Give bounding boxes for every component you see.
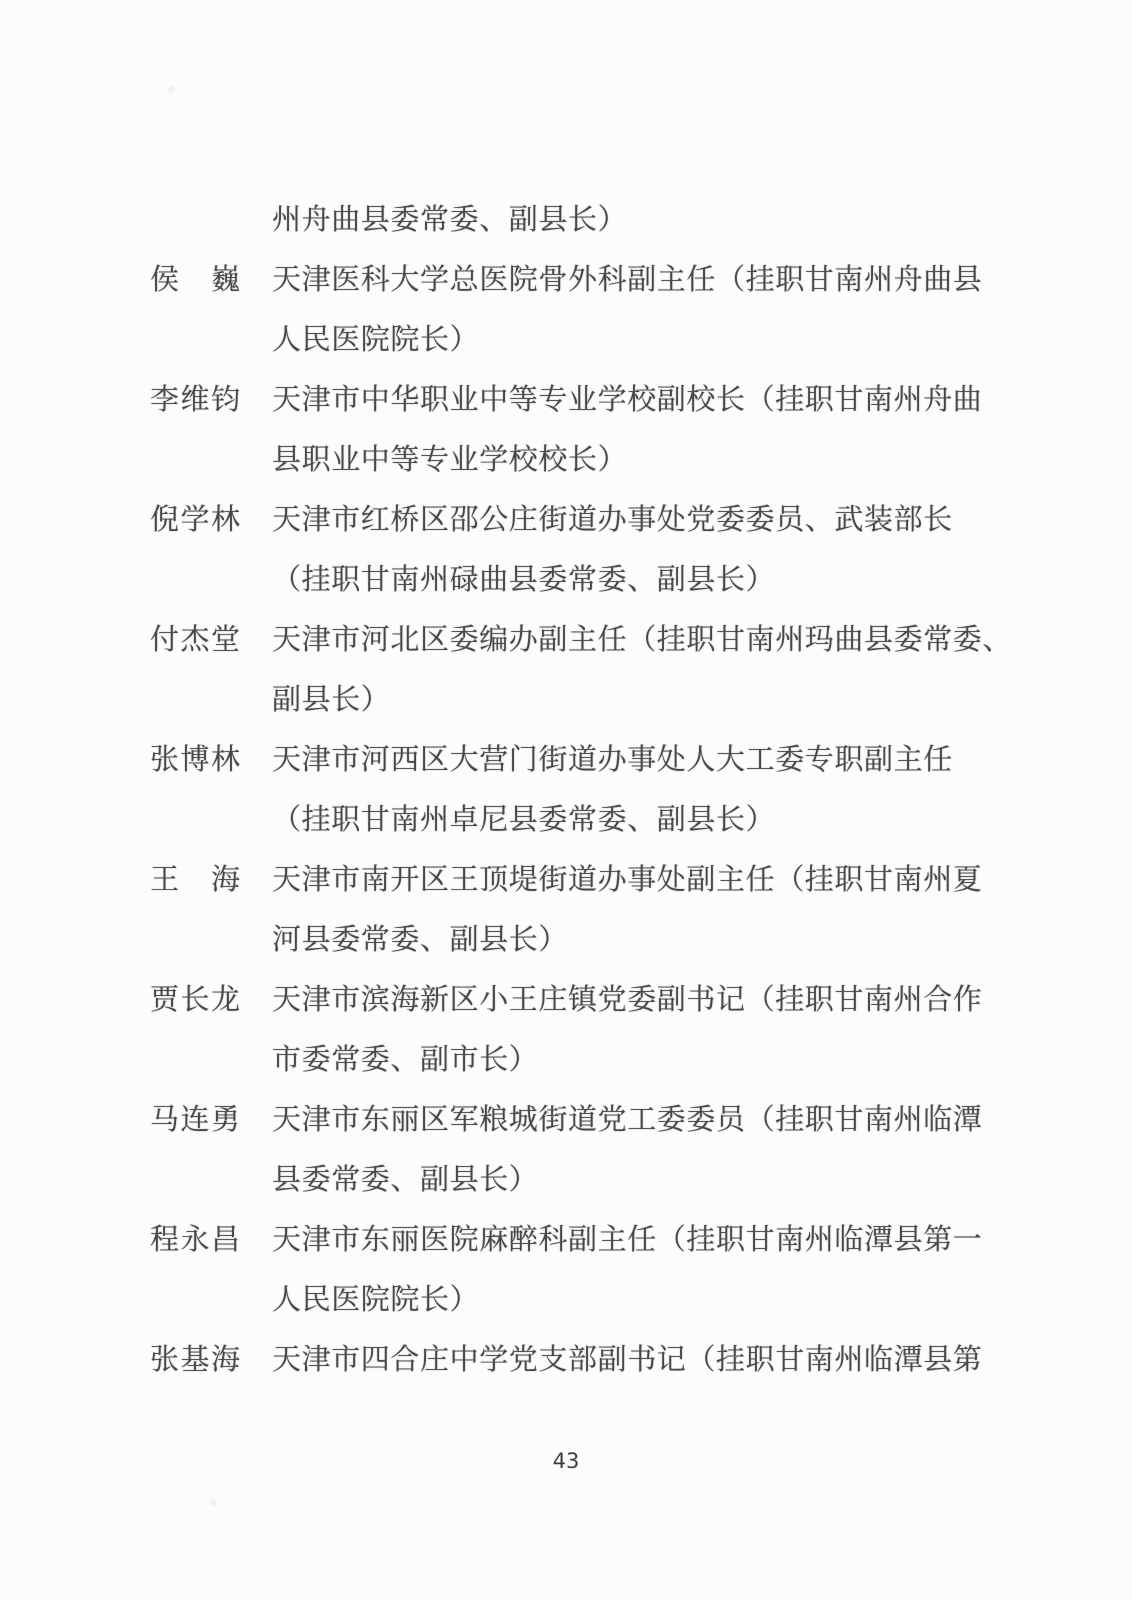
entry-name-char: 李 [150,370,179,430]
entry-position-text: 天津市红桥区邵公庄街道办事处党委委员、武装部长 [272,490,953,550]
entry-name-char: 永 [180,1210,209,1270]
entry-name: 贾长龙 [150,970,240,1030]
entry-name: 侯巍 [150,250,240,310]
entry-name-char: 程 [150,1210,179,1270]
entry-position-text: 人民医院院长） [272,1270,479,1330]
entry-line: 倪学林天津市红桥区邵公庄街道办事处党委委员、武装部长 [150,490,990,550]
entry-name-spacer [150,310,240,370]
entry-name-char: 连 [180,1090,209,1150]
entry-name-spacer [150,1150,240,1210]
entry-name-char: 巍 [211,250,240,310]
entry-line: 李维钧天津市中华职业中等专业学校副校长（挂职甘南州舟曲 [150,370,990,430]
entry-name: 马连勇 [150,1090,240,1150]
entry-position-text: 天津市中华职业中等专业学校副校长（挂职甘南州舟曲 [272,370,982,430]
entry-line: 张博林天津市河西区大营门街道办事处人大工委专职副主任 [150,730,990,790]
entry-name-spacer [150,1270,240,1330]
scan-speck [168,86,175,93]
entry-name: 张基海 [150,1330,240,1390]
entry-name-spacer [150,790,240,850]
entry-name-spacer [150,1030,240,1090]
entry-name-char: 龙 [211,970,240,1030]
entry-position-text: 天津医科大学总医院骨外科副主任（挂职甘南州舟曲县 [272,250,982,310]
entry-line: 付杰堂天津市河北区委编办副主任（挂职甘南州玛曲县委常委、 [150,610,990,670]
entry-line: 县职业中等专业学校校长） [150,430,990,490]
entry-name-char: 倪 [150,490,179,550]
entry-name-spacer [150,550,240,610]
entry-line: 县委常委、副县长） [150,1150,990,1210]
scan-speck [210,1499,217,1506]
entry-line: 市委常委、副市长） [150,1030,990,1090]
entry-line: 侯巍天津医科大学总医院骨外科副主任（挂职甘南州舟曲县 [150,250,990,310]
entry-name-char: 林 [211,730,240,790]
entry-line: 张基海天津市四合庄中学党支部副书记（挂职甘南州临潭县第 [150,1330,990,1390]
entry-line: 人民医院院长） [150,1270,990,1330]
entry-position-text: 市委常委、副市长） [272,1030,538,1090]
entry-name-char: 王 [150,850,179,910]
entry-line: （挂职甘南州碌曲县委常委、副县长） [150,550,990,610]
entry-line: 贾长龙天津市滨海新区小王庄镇党委副书记（挂职甘南州合作 [150,970,990,1030]
entry-position-text: 河县委常委、副县长） [272,910,568,970]
entry-line: 人民医院院长） [150,310,990,370]
entry-name-char: 学 [180,490,209,550]
entry-name-char: 海 [211,1330,240,1390]
entry-name-char: 长 [180,970,209,1030]
page-number: 43 [0,1446,1132,1476]
entry-name-char: 钧 [211,370,240,430]
entry-name: 倪学林 [150,490,240,550]
entry-list: 州舟曲县委常委、副县长）侯巍天津医科大学总医院骨外科副主任（挂职甘南州舟曲县人民… [150,190,990,1390]
entry-position-text: 天津市东丽区军粮城街道党工委委员（挂职甘南州临潭 [272,1090,982,1150]
entry-line: 州舟曲县委常委、副县长） [150,190,990,250]
entry-name-char: 侯 [150,250,179,310]
entry-name-spacer [150,430,240,490]
entry-position-text: 天津市四合庄中学党支部副书记（挂职甘南州临潭县第 [272,1330,982,1390]
entry-name-char: 博 [180,730,209,790]
entry-name-char: 昌 [211,1210,240,1270]
entry-position-text: 县委常委、副县长） [272,1150,538,1210]
entry-name-spacer [150,910,240,970]
entry-name: 王海 [150,850,240,910]
entry-name-char: 张 [150,730,179,790]
entry-name-char: 张 [150,1330,179,1390]
entry-position-text: 县职业中等专业学校校长） [272,430,627,490]
entry-name-char: 贾 [150,970,179,1030]
entry-position-text: 天津市东丽医院麻醉科副主任（挂职甘南州临潭县第一 [272,1210,982,1270]
entry-name: 程永昌 [150,1210,240,1270]
entry-name: 张博林 [150,730,240,790]
entry-name: 李维钧 [150,370,240,430]
entry-position-text: （挂职甘南州卓尼县委常委、副县长） [272,790,775,850]
entry-name-char: 基 [180,1330,209,1390]
entry-name-char: 付 [150,610,179,670]
document-page: 州舟曲县委常委、副县长）侯巍天津医科大学总医院骨外科副主任（挂职甘南州舟曲县人民… [0,0,1132,1600]
entry-line: （挂职甘南州卓尼县委常委、副县长） [150,790,990,850]
entry-line: 副县长） [150,670,990,730]
entry-name-char: 维 [180,370,209,430]
entry-name: 付杰堂 [150,610,240,670]
entry-name-char: 林 [211,490,240,550]
entry-line: 马连勇天津市东丽区军粮城街道党工委委员（挂职甘南州临潭 [150,1090,990,1150]
entry-name-char: 杰 [180,610,209,670]
entry-position-text: 天津市滨海新区小王庄镇党委副书记（挂职甘南州合作 [272,970,982,1030]
entry-position-text: 州舟曲县委常委、副县长） [272,190,627,250]
entry-name-char: 堂 [211,610,240,670]
entry-name-char: 勇 [211,1090,240,1150]
entry-name-char: 海 [211,850,240,910]
entry-position-text: 人民医院院长） [272,310,479,370]
entry-position-text: 天津市河西区大营门街道办事处人大工委专职副主任 [272,730,953,790]
entry-position-text: 天津市南开区王顶堤街道办事处副主任（挂职甘南州夏 [272,850,982,910]
entry-name-char: 马 [150,1090,179,1150]
entry-line: 程永昌天津市东丽医院麻醉科副主任（挂职甘南州临潭县第一 [150,1210,990,1270]
entry-position-text: 副县长） [272,670,390,730]
entry-position-text: 天津市河北区委编办副主任（挂职甘南州玛曲县委常委、 [272,610,1012,670]
entry-position-text: （挂职甘南州碌曲县委常委、副县长） [272,550,775,610]
entry-name-spacer [150,190,240,250]
entry-line: 王海天津市南开区王顶堤街道办事处副主任（挂职甘南州夏 [150,850,990,910]
entry-name-spacer [150,670,240,730]
entry-line: 河县委常委、副县长） [150,910,990,970]
